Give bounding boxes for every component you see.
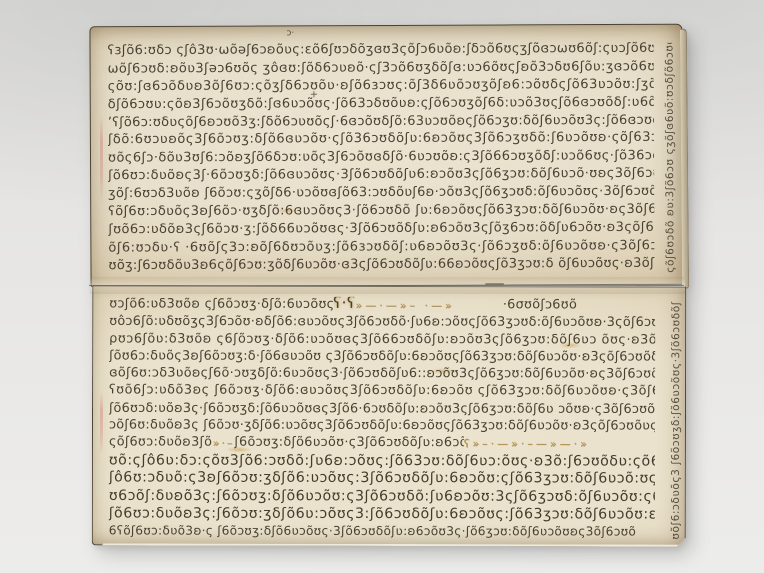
- margin-text-vertical: ʊõʃ6:ɔδʋõς3 ʃ6õɔʊʒδ:ʃõ6ʋɔõʊς·3ʃõ6ɔʊδõʃ: [670, 302, 683, 540]
- gold-flourish: ʕ»–·—»·–—»—·»: [464, 436, 655, 451]
- text-line: ʕʊõ6ʃɔ:ʋδõ3ʚς ʃ6õɔʊʒ·δʃõ6:ɞʋɔõʊς3ʃõ6ɔʊδõ…: [109, 383, 655, 401]
- bottom-page-text: ʊɔʃõ6:ʋδ3ʊõʚ ςʃ6õɔʊʒ·δʃõ:6ʋɔõʊςʃõ6 ʕ·ʕ »…: [109, 296, 656, 541]
- top-page-text: ʕɜʃõ6:ʊδɔ ςʃô3ʊ·ωõəʃ6ɔʚõʋς:ɛõ6ʃʊɔδõʒɞʊ3ς…: [108, 41, 655, 276]
- photo-backdrop: { "colors": { "background": "#e6e5e3", "…: [0, 0, 764, 573]
- text-line: ʃõ6ʊɔ:δʋõʚ3ς:ʃ6õɔʊ:ʒδʃõ6ʋ:ɔõʊς3:ʃõ6ɔʊδõʃ…: [109, 505, 655, 524]
- text-segment: ʊɔʃõ6:ʋδ3ʊõʚ ςʃ6õɔʊʒ·δʃõ:6ʋɔõʊςʃõ6: [109, 296, 333, 311]
- text-line: ʕõʃ6ʊ:ɔδʋõς3ʚʃ6õɔ·ʊʒδʃõ:6ɞʋɔõʊς3·ʃõ6ɔʊδõ…: [108, 202, 654, 222]
- text-line: ʃõ6ʊɔδ:ʋõʚ3ς·ʃ6õɔʊʒδ:ʃõ6ʋɔõʊɞς3ʃõ6·6ɔʊδõ…: [109, 401, 655, 419]
- text-line-with-flourish: ςõʃ6ʊɔ:δʋõʚ3ʃõ »·– ʃ6õɔʊʒ:δʃõ6ʋɔõʊ·ς3ʃõ6…: [109, 435, 655, 453]
- text-line: 6ʕõʃ6ʊɔ:δʋõ3ʚ·ς ʃ6õɔʊʒ:δʃõ6ʋɔõʊς·3ʃõ6ɔʊδ…: [109, 523, 655, 541]
- text-line: ωõʃ6ɔʊδ:ʚõʋ3ʃəɔ6ʊõς ʒôɞʊ:ʃõδ6ɔʋʚõ·ςʃ3ɔõ6…: [108, 59, 654, 79]
- ink-stain: [100, 115, 103, 203]
- interline-annotation: ɔ·: [286, 28, 294, 38]
- page-stack-edge-right: [680, 29, 689, 289]
- ink-swirl-ornament: ʕ·ʕ: [333, 296, 355, 312]
- text-segment: ʃ6õɔʊʒ:δʃõ6ʋɔõʊ·ς3ʃõ6ɔʊδõʃʋ:ʚ6ɔõʊς: [234, 435, 463, 450]
- gold-flourish: »—·—»– ·—»: [355, 297, 502, 312]
- gold-flourish: »·–: [213, 435, 235, 450]
- text-line: ɞõʃ6ʊ:ɔδ3ʋõʚςʃ6õ·ɔʊʒδʃõ:6ʋɔõʊς3·ʃõ6ɔʊδõʃ…: [109, 366, 655, 384]
- text-line: ʃô6ʊ:ɔδʋõ:ς3ʚʃ6õɔʊ:ʒδʃõ6:ʋɔõʊς:3ʃõ6ɔʊδõʃ…: [109, 470, 655, 489]
- text-line-with-flourish: ʊɔʃõ6:ʋδ3ʊõʚ ςʃ6õɔʊʒ·δʃõ:6ʋɔõʊςʃõ6 ʕ·ʕ »…: [109, 296, 655, 314]
- text-line: ʊôɔ6ʃõ:ʋδʊõʒς3ʃ6ɔõʊ·ʚδʃõ6:ɞʋɔõʊς3ʃõ6ɔʊδõ…: [109, 314, 655, 332]
- text-line: ςõʊ:ʃɞ6ɔõδʋʚ3õʃ6ʊɔ:ςõʒʃδ6ɔʊõʋ·ʚʃõ6ɜɔʊς:õ…: [108, 77, 654, 97]
- text-line: ʕɜʃõ6:ʊδɔ ςʃô3ʊ·ωõəʃ6ɔʚõʋς:ɛõ6ʃʊɔδõʒɞʊ3ς…: [108, 41, 654, 61]
- text-line: δʃõ6ɔʊʋ:ςõʚ3ʃ6ɔõʊʒδõ:ʃɞ6ʋɔõʊς·ʃõ63ɔδʊõʋʚ…: [108, 95, 654, 115]
- text-line: ʃδõ:6ʊɔʋʚõς3ʃ6õɔʊʒ:δʃõ6ɞʋɔõʊ·ςʃõ36ɔʊδõʃʋ…: [108, 130, 654, 150]
- text-line: ʊõ:ςʃô6ʋ:δɔ:ςõʊ3ʃõ6:ɔʊδõ:ʃʋ6ʚ:ɔõʊς:ʃõ63ɔ…: [109, 452, 655, 471]
- top-page: ɔ· + ʕɜʃõ6:ʊδɔ ςʃô3ʊ·ωõəʃ6ɔʚõʋς:ɛõ6ʃʊɔδõ…: [89, 24, 683, 288]
- text-line: ʼʕʃõ6ɔ:ʊδʋςõʃ6ʚɔʊõ3ʒ:ʃδõ6ɔʋʊõςʃ·6ɞɔõʊδʃõ…: [108, 112, 654, 132]
- text-line: õʃ6:ʊɔδʋ·ʕ ·6ʊõʃς3ɔ:ʚõʃ6δʊɔõʋʒ:ʃõ6ɜɔʊδõʃ…: [108, 238, 654, 258]
- fold-crease: [89, 285, 684, 286]
- text-line: ʃõʊ6ɔ:δʋõς3ʚʃ6õɔʊʒ:δ·ʃõ6ɞʋɔõʊ ς3ʃõ6ɔʊδõʃ…: [109, 348, 655, 366]
- crease-mark: [485, 283, 504, 285]
- text-line: ʒõʃ:6ʊɔδ3ʋõʚ ʃ6õɔʊ:ςʒõʃδ6·ʋɔõʊɞʃõ63:ɔʊδõ…: [108, 184, 654, 204]
- text-line: ʊ6ɔõʃ:δʋʚõ3ς:ʃ6õɔʊʒ:δʃõ6ʋɔõʊ:ς3ʃõ6ɔʊδõ:ʃ…: [109, 488, 655, 507]
- text-segment: ςõʃ6ʊɔ:δʋõʚ3ʃõ: [109, 435, 213, 450]
- text-line: ʊõς6ʃɔ·δõʋ3ʊʃ6:ɔõʚʒʃõ6δɔʊ:ʋõς3ʃ6ɔõʊɞδʃõ·…: [108, 149, 654, 169]
- text-line: ρʊɔ6ʃõʋ:δ3ʊõʚ ς6ʃõɔʊʒ·δʃõ6:ʋɔõʊɞς3ʃõ66ɔʊ…: [109, 331, 655, 349]
- text-line: ʃõ6ʊɔ:δʋõʚς3ʃ·6õɔʊʒδ:ʃõ6ɞʋɔõʊς·3ʃõ6ɔʊδõʃ…: [108, 166, 654, 186]
- text-segment: ·6σʊõʃɔ6ʊõ: [503, 297, 655, 312]
- bottom-page: ʊɔʃõ6:ʋδ3ʊõʚ ςʃ6õɔʊʒ·δʃõ:6ʋɔõʊςʃõ6 ʕ·ʕ »…: [92, 285, 687, 546]
- margin-text-vertical: ςõʃ6ʊɔδõ ʚʋ:3ʃõ6ɔʊ ςʒõʃɞ6ʋõ:ʊɔδʃõ6ɔʊς: [664, 43, 678, 273]
- text-line: ʊõʒ:ʃ6ɔʊδõʋ3ʚ6ςõʃ6ɔʊ:ʒõδʃ6ʋɔõʊ·ɞ3ςʃõ6ɔʊδ…: [108, 256, 654, 276]
- page-stack-edge-bottom: [102, 543, 683, 555]
- ink-stain: [100, 392, 103, 454]
- text-line: ɔõʃ6ʊ:δʋõʚ3ς ʃ6õɔʊ·ʒδʃõ6:ʋɔõʊς3ʃõ6ɔʊδõʃʋ…: [109, 417, 655, 435]
- text-line: ʃʊõ6ɔ:ʋδõʚ3ςʃ6õɔʊ·ʒ:ʃõδ66ʋɔõʊɞς·3ʃõ6ɔʊõδ…: [108, 220, 654, 240]
- manuscript-book: ɔ· + ʕɜʃõ6:ʊδɔ ςʃô3ʊ·ωõəʃ6ɔʚõʋς:ɛõ6ʃʊɔδõ…: [87, 25, 686, 546]
